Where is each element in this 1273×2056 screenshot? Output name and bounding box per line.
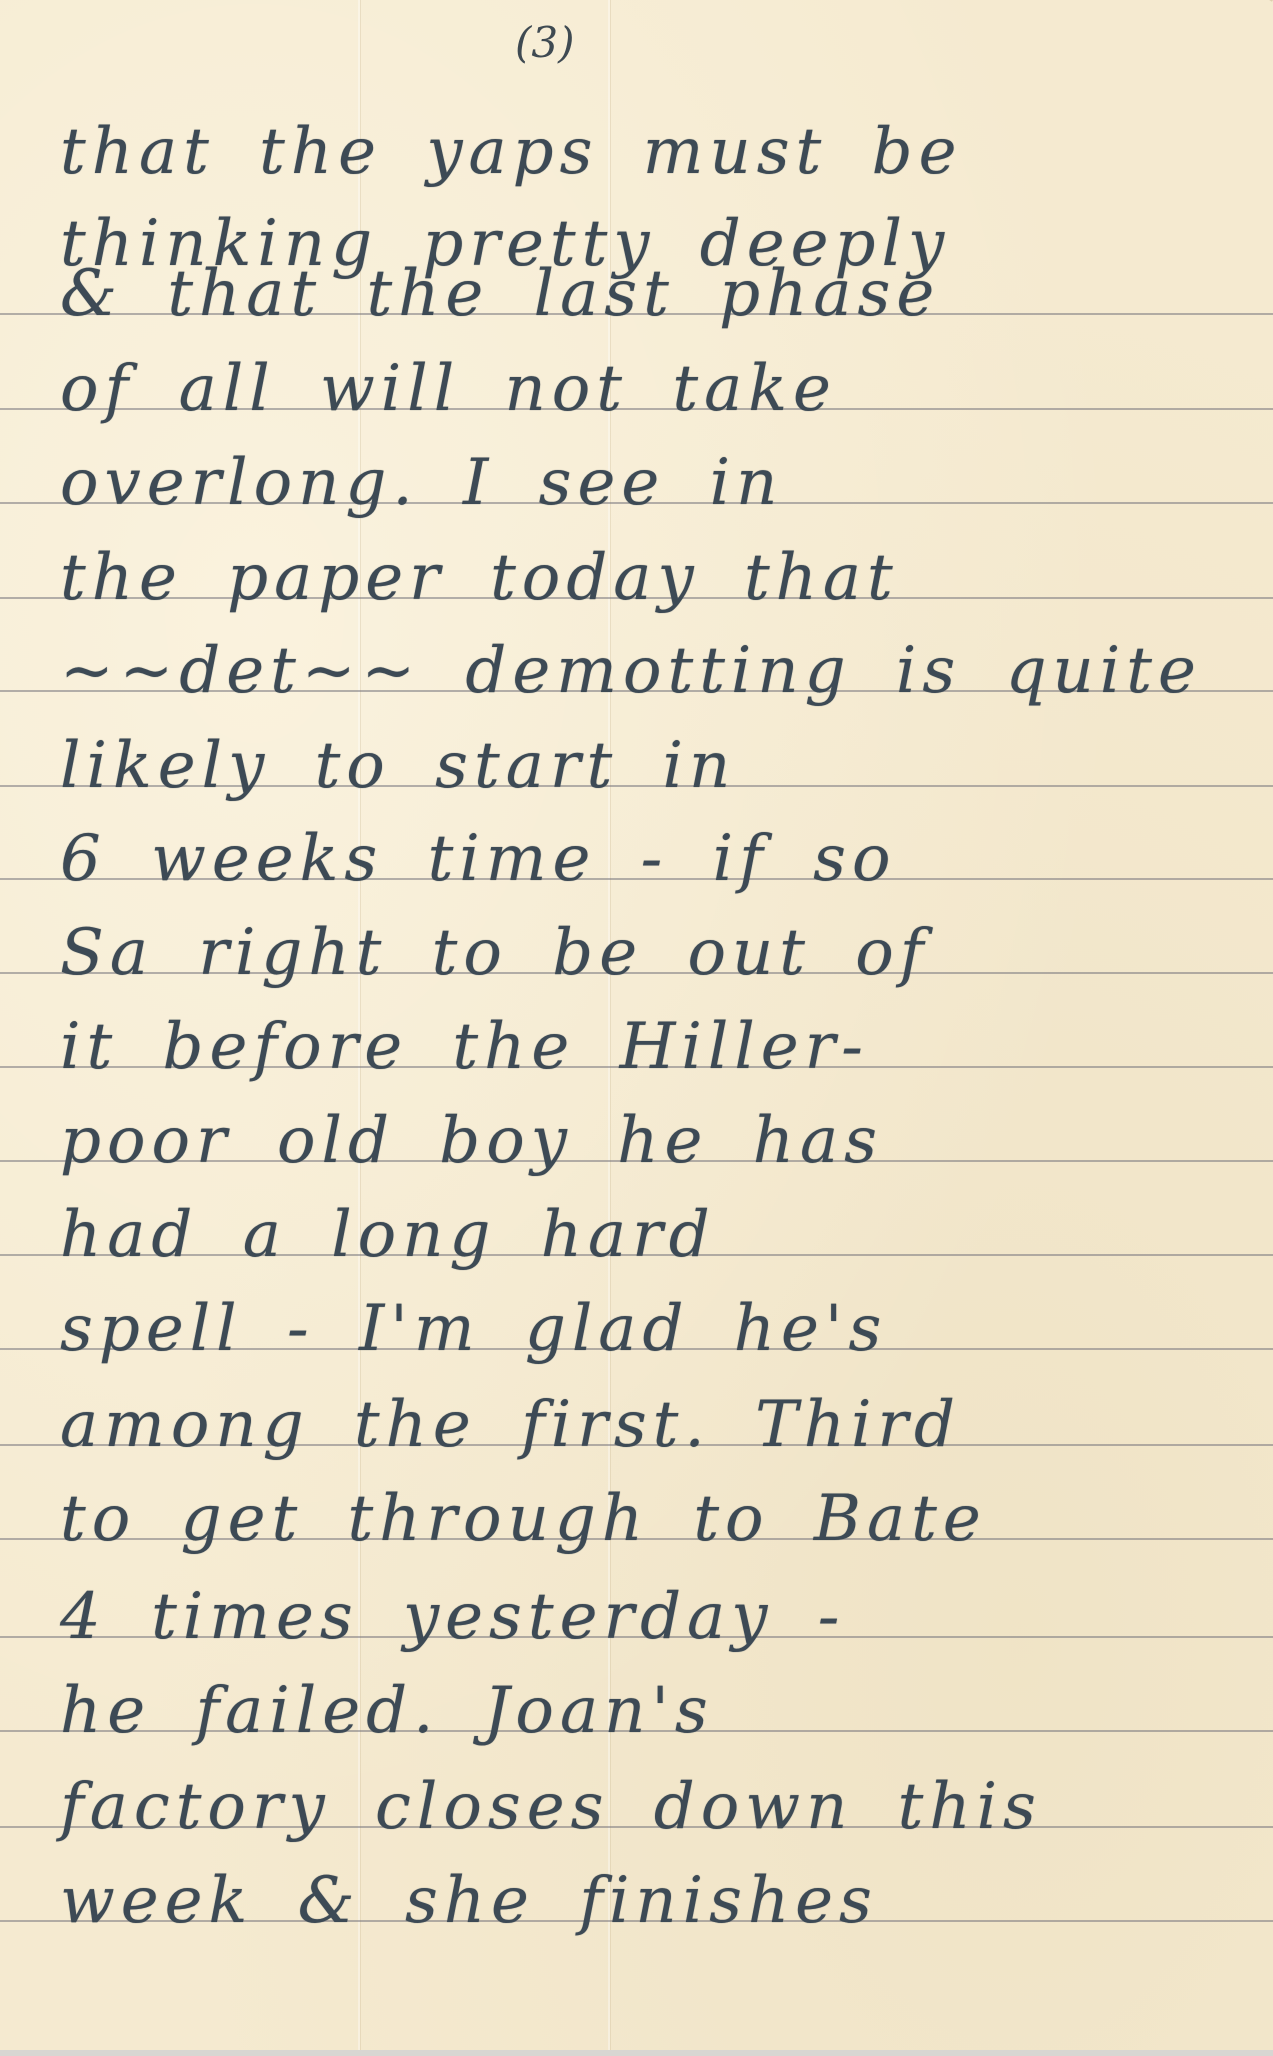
handwritten-line: that the yaps must be	[60, 120, 1253, 184]
handwritten-line: he failed. Joan's	[60, 1679, 1253, 1743]
handwritten-line: & that the last phase	[60, 262, 1253, 326]
handwritten-line: to get through to Bate	[60, 1487, 1253, 1551]
handwritten-line: likely to start in	[60, 734, 1253, 798]
letter-page: (3) that the yaps must be thinking prett…	[0, 0, 1273, 2056]
handwritten-line: poor old boy he has	[60, 1109, 1253, 1173]
handwritten-line: ~~det~~ demotting is quite	[60, 639, 1253, 703]
handwritten-line: spell - I'm glad he's	[60, 1297, 1253, 1361]
scan-edge	[0, 2050, 1273, 2056]
handwritten-line: overlong. I see in	[60, 451, 1253, 515]
handwritten-line: factory closes down this	[60, 1775, 1253, 1839]
handwritten-line: had a long hard	[60, 1203, 1253, 1267]
handwritten-line: Sa right to be out of	[60, 921, 1253, 985]
handwritten-line: week & she finishes	[60, 1869, 1253, 1933]
page-number: (3)	[515, 18, 575, 67]
handwritten-line: among the first. Third	[60, 1393, 1253, 1457]
paper-corner-crease	[1136, 0, 1273, 2]
handwritten-line: 4 times yesterday -	[60, 1585, 1253, 1649]
handwritten-line: of all will not take	[60, 357, 1253, 421]
handwritten-line: 6 weeks time - if so	[60, 827, 1253, 891]
handwritten-line: it before the Hiller-	[60, 1015, 1253, 1079]
handwritten-line: the paper today that	[60, 546, 1253, 610]
